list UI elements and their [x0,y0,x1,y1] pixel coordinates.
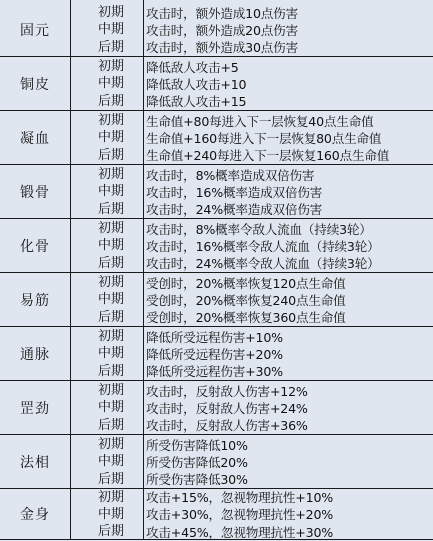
stage-column: 初期 中期 后期 [71,489,144,539]
effect-early: 所受伤害降低10% [146,437,433,454]
stage-late: 后期 [90,523,124,540]
effect-column: 受创时，20%概率恢复120点生命值 受创时，20%概率恢复240点生命值 受创… [144,273,433,327]
effect-late: 攻击时，反射敌人伤害+36% [146,417,433,434]
skill-name: 固元 [0,3,71,56]
effect-column: 攻击时，8%概率令敌人流血（持续3轮） 攻击时，16%概率令敌人流血（持续3轮）… [144,219,433,273]
stage-early: 初期 [90,58,124,75]
stage-early: 初期 [90,166,124,183]
stage-late: 后期 [90,471,124,488]
stage-mid: 中期 [90,291,124,308]
effect-early: 攻击+15%，忽视物理抗性+10% [146,489,433,506]
effect-mid: 攻击时，16%概率令敌人流血（持续3轮） [146,238,433,255]
stage-column: 初期 中期 后期 [71,165,144,218]
skill-name: 锻骨 [0,165,71,218]
stage-early: 初期 [90,112,124,129]
table-row-group: 锻骨 初期 中期 后期 攻击时，8%概率造成双倍伤害 攻击时，16%概率造成双倍… [0,165,433,219]
effect-mid: 受创时，20%概率恢复240点生命值 [146,292,433,309]
stage-mid: 中期 [90,345,124,362]
effect-mid: 降低敌人攻击+10 [146,76,433,93]
skill-name: 铜皮 [0,57,71,110]
skill-name: 法相 [0,435,71,488]
effect-column: 攻击时，8%概率造成双倍伤害 攻击时，16%概率造成双倍伤害 攻击时，24%概率… [144,165,433,219]
stage-mid: 中期 [90,237,124,254]
stage-late: 后期 [90,201,124,218]
effect-late: 攻击+45%，忽视物理抗性+30% [146,524,433,541]
stage-early: 初期 [90,382,124,399]
skill-name: 易筋 [0,273,71,326]
skill-name: 罡劲 [0,381,71,434]
stage-mid: 中期 [90,75,124,92]
effect-late: 所受伤害降低30% [146,471,433,488]
effect-column: 降低敌人攻击+5 降低敌人攻击+10 降低敌人攻击+15 [144,57,433,111]
effect-early: 攻击时，8%概率令敌人流血（持续3轮） [146,221,433,238]
table-row-group: 凝血 初期 中期 后期 生命值+80每进入下一层恢复40点生命值 生命值+160… [0,111,433,165]
stage-column: 初期 中期 后期 [71,273,144,326]
stage-early: 初期 [90,274,124,291]
effect-early: 攻击时，反射敌人伤害+12% [146,383,433,400]
effect-late: 生命值+240每进入下一层恢复160点生命值 [146,147,433,164]
effect-early: 降低敌人攻击+5 [146,59,433,76]
effect-column: 生命值+80每进入下一层恢复40点生命值 生命值+160每进入下一层恢复80点生… [144,111,433,165]
stage-early: 初期 [90,220,124,237]
table-row-group: 通脉 初期 中期 后期 降低所受远程伤害+10% 降低所受远程伤害+20% 降低… [0,327,433,381]
stage-late: 后期 [90,309,124,326]
stage-column: 初期 中期 后期 [71,381,144,434]
stage-column: 初期 中期 后期 [71,435,144,488]
stage-mid: 中期 [90,399,124,416]
table-row-group: 易筋 初期 中期 后期 受创时，20%概率恢复120点生命值 受创时，20%概率… [0,273,433,327]
stage-column: 初期 中期 后期 [71,57,144,110]
stage-mid: 中期 [90,21,124,38]
stage-column: 初期 中期 后期 [71,219,144,272]
effect-late: 攻击时，24%概率令敌人流血（持续3轮） [146,255,433,272]
stage-early: 初期 [90,328,124,345]
effect-column: 攻击时，额外造成10点伤害 攻击时，额外造成20点伤害 攻击时，额外造成30点伤… [144,3,433,57]
stage-late: 后期 [90,147,124,164]
table-row-group: 铜皮 初期 中期 后期 降低敌人攻击+5 降低敌人攻击+10 降低敌人攻击+15 [0,57,433,111]
effect-mid: 攻击时，16%概率造成双倍伤害 [146,184,433,201]
effect-column: 所受伤害降低10% 所受伤害降低20% 所受伤害降低30% [144,435,433,489]
table-row-group: 金身 初期 中期 后期 攻击+15%，忽视物理抗性+10% 攻击+30%，忽视物… [0,489,433,540]
stage-late: 后期 [90,39,124,56]
effect-mid: 降低所受远程伤害+20% [146,346,433,363]
effect-late: 降低所受远程伤害+30% [146,363,433,380]
effect-early: 攻击时，额外造成10点伤害 [146,5,433,22]
table-row-group: 固元 初期 中期 后期 攻击时，额外造成10点伤害 攻击时，额外造成20点伤害 … [0,3,433,57]
effect-mid: 攻击+30%，忽视物理抗性+20% [146,506,433,523]
stage-early: 初期 [90,436,124,453]
effect-mid: 所受伤害降低20% [146,454,433,471]
stage-late: 后期 [90,93,124,110]
effect-early: 受创时，20%概率恢复120点生命值 [146,275,433,292]
stage-column: 初期 中期 后期 [71,327,144,380]
effect-mid: 攻击时，额外造成20点伤害 [146,22,433,39]
stage-late: 后期 [90,417,124,434]
column-divider [70,0,71,3]
effect-column: 降低所受远程伤害+10% 降低所受远程伤害+20% 降低所受远程伤害+30% [144,327,433,381]
effect-late: 降低敌人攻击+15 [146,93,433,110]
stage-mid: 中期 [90,129,124,146]
effect-early: 攻击时，8%概率造成双倍伤害 [146,167,433,184]
table-row-group: 法相 初期 中期 后期 所受伤害降低10% 所受伤害降低20% 所受伤害降低30… [0,435,433,489]
effect-mid: 攻击时，反射敌人伤害+24% [146,400,433,417]
stage-column: 初期 中期 后期 [71,3,144,56]
effect-late: 攻击时，额外造成30点伤害 [146,39,433,56]
skill-name: 化骨 [0,219,71,272]
stage-column: 初期 中期 后期 [71,111,144,164]
effect-mid: 生命值+160每进入下一层恢复80点生命值 [146,130,433,147]
stage-late: 后期 [90,363,124,380]
stage-mid: 中期 [90,506,124,523]
effect-early: 降低所受远程伤害+10% [146,329,433,346]
stage-mid: 中期 [90,453,124,470]
effect-early: 生命值+80每进入下一层恢复40点生命值 [146,113,433,130]
skill-table: 固元 初期 中期 后期 攻击时，额外造成10点伤害 攻击时，额外造成20点伤害 … [0,0,433,541]
skill-name: 凝血 [0,111,71,164]
table-row-group: 化骨 初期 中期 后期 攻击时，8%概率令敌人流血（持续3轮） 攻击时，16%概… [0,219,433,273]
stage-early: 初期 [90,4,124,21]
effect-late: 攻击时，24%概率造成双倍伤害 [146,201,433,218]
stage-late: 后期 [90,255,124,272]
skill-name: 金身 [0,489,71,539]
effect-column: 攻击+15%，忽视物理抗性+10% 攻击+30%，忽视物理抗性+20% 攻击+4… [144,489,433,540]
table-row-group: 罡劲 初期 中期 后期 攻击时，反射敌人伤害+12% 攻击时，反射敌人伤害+24… [0,381,433,435]
skill-name: 通脉 [0,327,71,380]
stage-early: 初期 [90,489,124,506]
column-divider [143,0,144,3]
effect-column: 攻击时，反射敌人伤害+12% 攻击时，反射敌人伤害+24% 攻击时，反射敌人伤害… [144,381,433,435]
stage-mid: 中期 [90,183,124,200]
effect-late: 受创时，20%概率恢复360点生命值 [146,309,433,326]
